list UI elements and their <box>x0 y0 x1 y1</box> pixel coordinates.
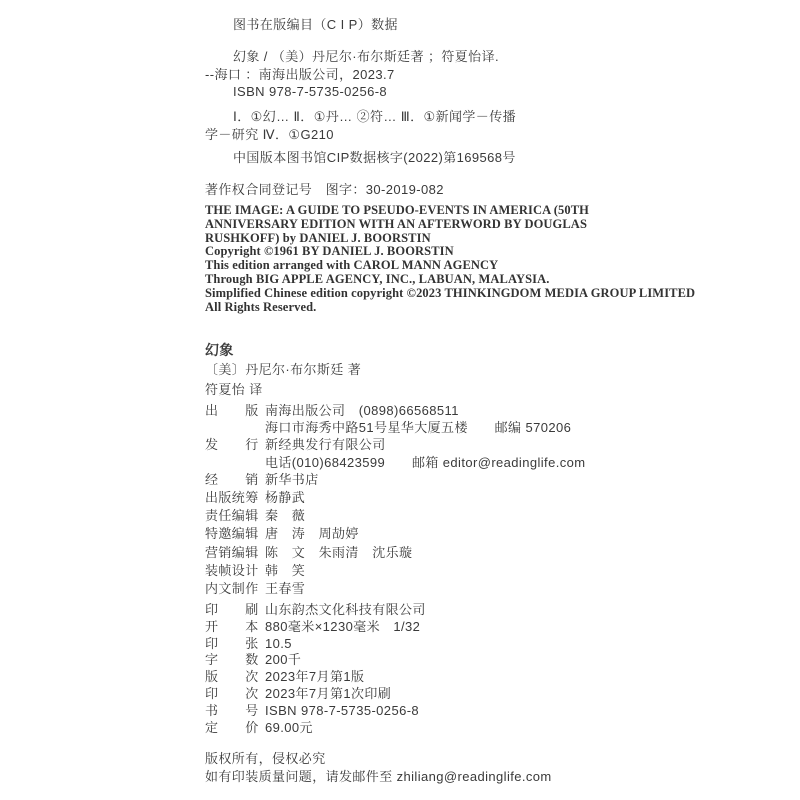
cip-entry-line: ISBN 978-7-5735-0256-8 <box>205 83 499 101</box>
row-value: 2023年7月第1次印刷 <box>265 686 391 703</box>
staff-row: 特邀编辑 唐 涛 周劼婷 <box>205 525 412 543</box>
cip-entry-line: --海口 ：南海出版公司，2023.7 <box>205 66 499 84</box>
publication-row: 出 版 南海出版公司 (0898)66568511 <box>205 402 585 419</box>
row-value: 新经典发行有限公司 <box>265 436 386 453</box>
row-label: 字 数 <box>205 652 265 669</box>
row-value: 山东韵杰文化科技有限公司 <box>265 602 426 619</box>
row-label: 书 号 <box>205 703 265 720</box>
cip-section: 图书在版编目（C I P）数据 <box>233 16 398 34</box>
row-label: 印 张 <box>205 636 265 653</box>
row-value: 王春雪 <box>265 580 305 598</box>
english-copyright-line: All Rights Reserved. <box>205 301 695 315</box>
english-copyright-line: Copyright ©1961 BY DANIEL J. BOORSTIN <box>205 245 695 259</box>
cip-entry: 幻象 / （美）丹尼尔·布尔斯廷著 ；符夏怡译. --海口 ：南海出版公司，20… <box>205 48 499 101</box>
row-value: ISBN 978-7-5735-0256-8 <box>265 703 419 720</box>
row-label: 内文制作 <box>205 580 265 598</box>
row-value: 2023年7月第1版 <box>265 669 364 686</box>
row-value: 韩 笑 <box>265 562 305 580</box>
row-label: 发 行 <box>205 436 265 453</box>
book-translator: 符夏怡 译 <box>205 380 361 400</box>
row-value: 10.5 <box>265 636 292 653</box>
english-copyright-line: THE IMAGE: A GUIDE TO PSEUDO-EVENTS IN A… <box>205 204 695 218</box>
cip-classification-line: 学－研究 Ⅳ．①G210 <box>205 126 516 144</box>
printing-row: 定 价 69.00元 <box>205 720 426 737</box>
copyright-registration-line: 著作权合同登记号 图字：30-2019-082 <box>205 181 444 199</box>
footer-line: 如有印装质量问题，请发邮件至 zhiliang@readinglife.com <box>205 768 552 786</box>
row-label: 印 次 <box>205 686 265 703</box>
row-value: 海口市海秀中路51号星华大厦五楼 邮编 570206 <box>265 419 571 436</box>
staff-row: 内文制作 王春雪 <box>205 580 412 598</box>
row-label: 开 本 <box>205 619 265 636</box>
english-copyright-line: ANNIVERSARY EDITION WITH AN AFTERWORD BY… <box>205 218 695 232</box>
staff-row: 营销编辑 陈 文 朱雨清 沈乐璇 <box>205 544 412 562</box>
english-copyright-block: THE IMAGE: A GUIDE TO PSEUDO-EVENTS IN A… <box>205 204 695 314</box>
row-value: 200千 <box>265 652 301 669</box>
row-value: 杨静武 <box>265 489 305 507</box>
printing-row: 版 次 2023年7月第1版 <box>205 669 426 686</box>
row-label <box>205 454 265 471</box>
row-label: 版 次 <box>205 669 265 686</box>
printing-row: 书 号 ISBN 978-7-5735-0256-8 <box>205 703 426 720</box>
row-label: 经 销 <box>205 471 265 488</box>
english-copyright-line: Through BIG APPLE AGENCY, INC., LABUAN, … <box>205 273 695 287</box>
row-label: 印 刷 <box>205 602 265 619</box>
row-value: 唐 涛 周劼婷 <box>265 525 359 543</box>
cip-header-line: 图书在版编目（C I P）数据 <box>233 16 398 34</box>
cip-entry-line: 幻象 / （美）丹尼尔·布尔斯廷著 ；符夏怡译. <box>205 48 499 66</box>
printing-info: 印 刷 山东韵杰文化科技有限公司 开 本 880毫米×1230毫米 1/32 印… <box>205 602 426 736</box>
row-label: 营销编辑 <box>205 544 265 562</box>
row-value: 南海出版公司 (0898)66568511 <box>265 402 459 419</box>
editorial-staff: 出版统筹 杨静武 责任编辑 秦 薇 特邀编辑 唐 涛 周劼婷 营销编辑 陈 文 … <box>205 489 412 598</box>
printing-row: 印 次 2023年7月第1次印刷 <box>205 686 426 703</box>
cip-record: 中国版本图书馆CIP数据核字(2022)第169568号 <box>233 149 516 167</box>
publication-row: 经 销 新华书店 <box>205 471 585 488</box>
row-label: 出版统筹 <box>205 489 265 507</box>
row-label: 出 版 <box>205 402 265 419</box>
row-value: 880毫米×1230毫米 1/32 <box>265 619 420 636</box>
book-title: 幻象 <box>205 340 361 360</box>
row-value: 69.00元 <box>265 720 313 737</box>
row-value: 电话(010)68423599 邮箱 editor@readinglife.co… <box>265 454 585 471</box>
english-copyright-line: This edition arranged with CAROL MANN AG… <box>205 259 695 273</box>
staff-row: 装帧设计 韩 笑 <box>205 562 412 580</box>
row-label: 定 价 <box>205 720 265 737</box>
footer-line: 版权所有，侵权必究 <box>205 750 552 768</box>
staff-row: 责任编辑 秦 薇 <box>205 507 412 525</box>
english-copyright-line: Simplified Chinese edition copyright ©20… <box>205 287 695 301</box>
publication-row: 发 行 新经典发行有限公司 <box>205 436 585 453</box>
row-label: 特邀编辑 <box>205 525 265 543</box>
footer-notice: 版权所有，侵权必究 如有印装质量问题，请发邮件至 zhiliang@readin… <box>205 750 552 785</box>
row-value: 陈 文 朱雨清 沈乐璇 <box>265 544 412 562</box>
english-copyright-line: RUSHKOFF) by DANIEL J. BOORSTIN <box>205 232 695 246</box>
staff-row: 出版统筹 杨静武 <box>205 489 412 507</box>
book-title-block: 幻象 〔美〕丹尼尔·布尔斯廷 著 符夏怡 译 <box>205 340 361 400</box>
printing-row: 开 本 880毫米×1230毫米 1/32 <box>205 619 426 636</box>
book-author: 〔美〕丹尼尔·布尔斯廷 著 <box>205 360 361 380</box>
printing-row: 字 数 200千 <box>205 652 426 669</box>
row-label: 装帧设计 <box>205 562 265 580</box>
publication-row: 电话(010)68423599 邮箱 editor@readinglife.co… <box>205 454 585 471</box>
printing-row: 印 刷 山东韵杰文化科技有限公司 <box>205 602 426 619</box>
copyright-page: 图书在版编目（C I P）数据 幻象 / （美）丹尼尔·布尔斯廷著 ；符夏怡译.… <box>0 0 800 800</box>
cip-record-line: 中国版本图书馆CIP数据核字(2022)第169568号 <box>233 149 516 167</box>
copyright-registration: 著作权合同登记号 图字：30-2019-082 <box>205 181 444 199</box>
publication-info: 出 版 南海出版公司 (0898)66568511 海口市海秀中路51号星华大厦… <box>205 402 585 488</box>
publication-row: 海口市海秀中路51号星华大厦五楼 邮编 570206 <box>205 419 585 436</box>
row-label <box>205 419 265 436</box>
cip-classification-line: Ⅰ．①幻… Ⅱ．①丹… ②符… Ⅲ．①新闻学－传播 <box>205 108 516 126</box>
row-value: 秦 薇 <box>265 507 305 525</box>
row-label: 责任编辑 <box>205 507 265 525</box>
row-value: 新华书店 <box>265 471 319 488</box>
printing-row: 印 张 10.5 <box>205 636 426 653</box>
cip-classification: Ⅰ．①幻… Ⅱ．①丹… ②符… Ⅲ．①新闻学－传播 学－研究 Ⅳ．①G210 <box>205 108 516 144</box>
